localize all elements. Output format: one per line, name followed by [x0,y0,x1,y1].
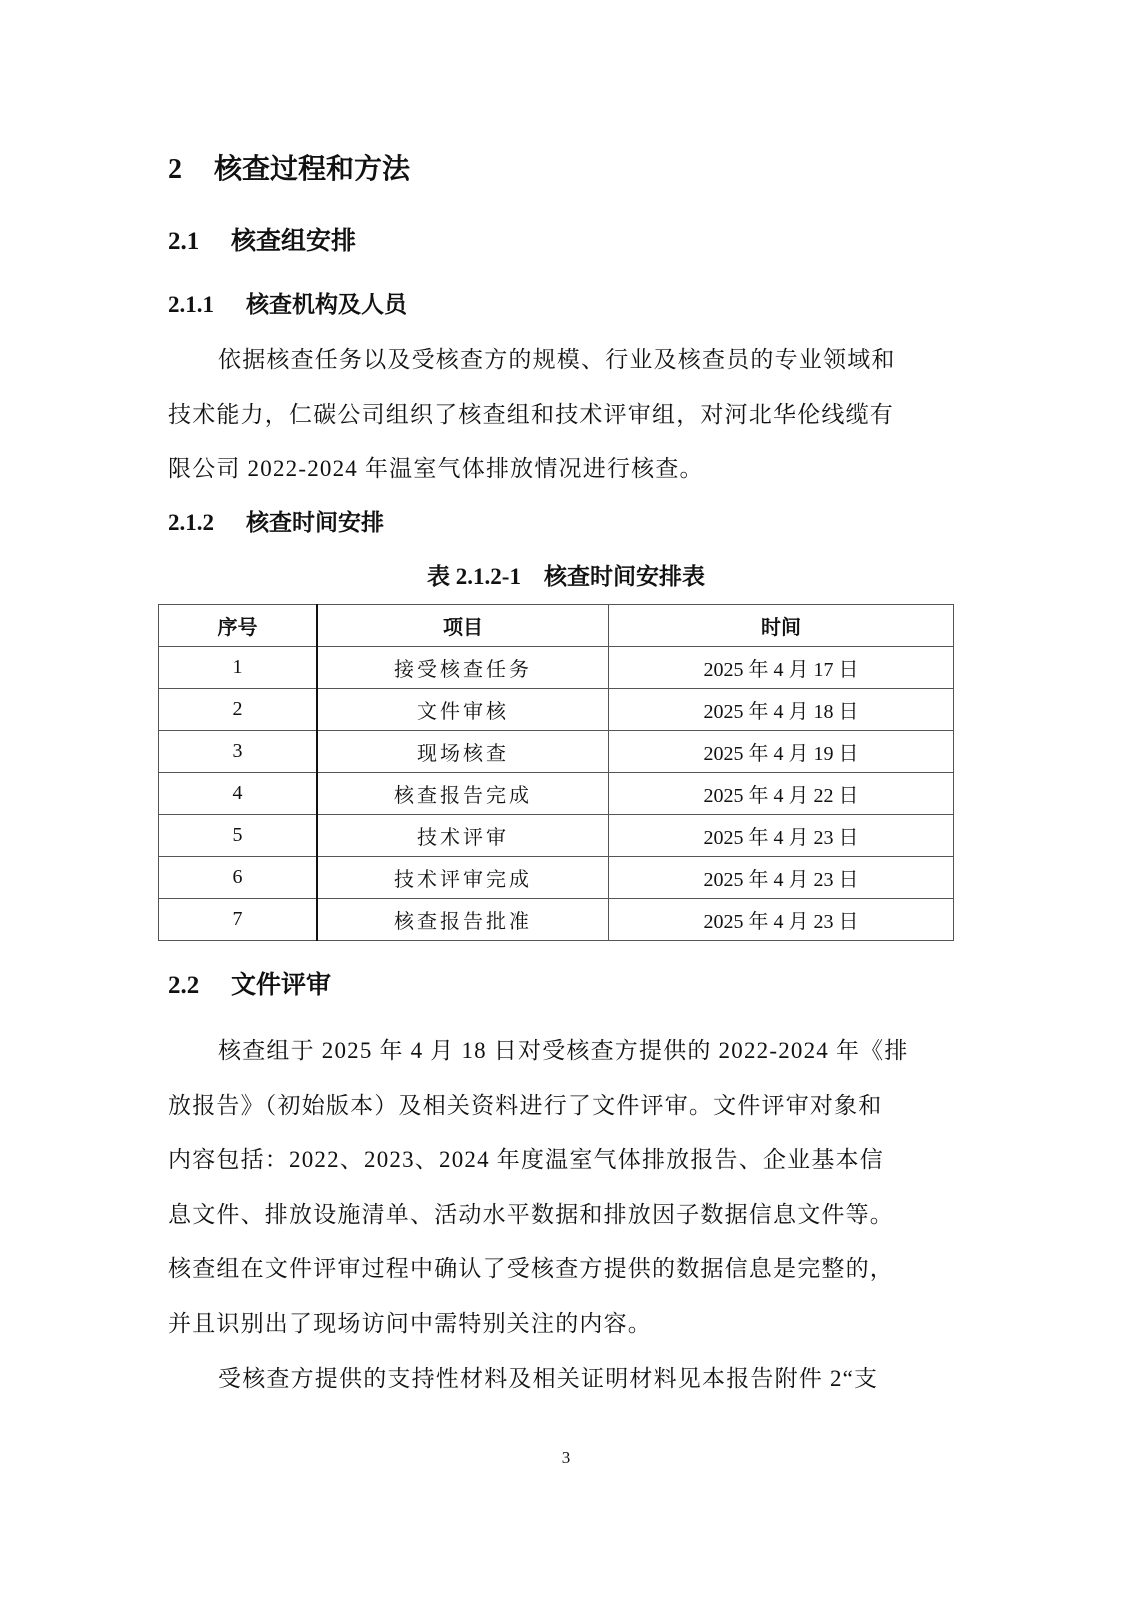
table-row: 7 核查报告批准 2025 年 4 月 23 日 [159,899,954,941]
section-title: 核查过程和方法 [214,154,410,185]
subsection-title: 核查组安排 [231,228,356,255]
paragraph-verification-team: 依据核查任务以及受核查方的规模、行业及核查员的专业领域和 技术能力，仁碳公司组织… [168,333,944,497]
cell-no: 6 [159,857,318,899]
table-row: 1 接受核查任务 2025 年 4 月 17 日 [159,647,954,689]
cell-item: 文件审核 [317,689,609,731]
subsection-number: 2.2 [168,968,231,1004]
subsection-title: 核查机构及人员 [246,292,407,317]
cell-no: 4 [159,773,318,815]
cell-item: 核查报告完成 [317,773,609,815]
paragraph-line: 核查组于 2025 年 4 月 18 日对受核查方提供的 2022-2024 年… [168,1024,944,1079]
table-row: 2 文件审核 2025 年 4 月 18 日 [159,689,954,731]
header-cell-item: 项目 [317,605,609,647]
cell-item: 技术评审 [317,815,609,857]
subsection-title: 核查时间安排 [246,510,384,535]
paragraph-line: 内容包括：2022、2023、2024 年度温室气体排放报告、企业基本信 [168,1133,944,1188]
cell-no: 7 [159,899,318,941]
section-number: 2 [168,150,214,190]
paragraph-line: 依据核查任务以及受核查方的规模、行业及核查员的专业领域和 [168,333,944,388]
cell-date: 2025 年 4 月 19 日 [609,731,954,773]
table-header-row: 序号 项目 时间 [159,605,954,647]
subsection-heading-2-1-2: 2.1.2核查时间安排 [168,506,384,540]
cell-date: 2025 年 4 月 23 日 [609,815,954,857]
subsection-number: 2.1.1 [168,288,246,322]
header-cell-date: 时间 [609,605,954,647]
cell-no: 1 [159,647,318,689]
section-heading: 2核查过程和方法 [168,150,410,190]
subsection-heading-2-2: 2.2文件评审 [168,968,331,1004]
paragraph-line: 放报告》（初始版本）及相关资料进行了文件评审。文件评审对象和 [168,1079,944,1134]
table-row: 6 技术评审完成 2025 年 4 月 23 日 [159,857,954,899]
cell-date: 2025 年 4 月 23 日 [609,857,954,899]
paragraph-supporting-materials: 受核查方提供的支持性材料及相关证明材料见本报告附件 2“支 [168,1352,944,1407]
subsection-heading-2-1: 2.1核查组安排 [168,224,356,260]
subsection-number: 2.1 [168,224,231,260]
cell-no: 5 [159,815,318,857]
cell-item: 接受核查任务 [317,647,609,689]
cell-no: 2 [159,689,318,731]
cell-date: 2025 年 4 月 17 日 [609,647,954,689]
cell-no: 3 [159,731,318,773]
header-cell-no: 序号 [159,605,318,647]
table-row: 3 现场核查 2025 年 4 月 19 日 [159,731,954,773]
subsection-title: 文件评审 [231,972,331,999]
paragraph-line: 受核查方提供的支持性材料及相关证明材料见本报告附件 2“支 [168,1352,944,1407]
subsection-heading-2-1-1: 2.1.1核查机构及人员 [168,288,407,322]
cell-item: 技术评审完成 [317,857,609,899]
cell-date: 2025 年 4 月 22 日 [609,773,954,815]
paragraph-line: 息文件、排放设施清单、活动水平数据和排放因子数据信息文件等。 [168,1188,944,1243]
paragraph-line: 并且识别出了现场访问中需特别关注的内容。 [168,1297,944,1352]
table-caption: 表 2.1.2-1 核查时间安排表 [0,560,1132,594]
table-row: 4 核查报告完成 2025 年 4 月 22 日 [159,773,954,815]
paragraph-line: 核查组在文件评审过程中确认了受核查方提供的数据信息是完整的， [168,1242,944,1297]
table-row: 5 技术评审 2025 年 4 月 23 日 [159,815,954,857]
paragraph-line: 技术能力，仁碳公司组织了核查组和技术评审组，对河北华伦线缆有 [168,388,944,443]
cell-date: 2025 年 4 月 18 日 [609,689,954,731]
cell-item: 核查报告批准 [317,899,609,941]
cell-item: 现场核查 [317,731,609,773]
subsection-number: 2.1.2 [168,506,246,540]
cell-date: 2025 年 4 月 23 日 [609,899,954,941]
paragraph-document-review: 核查组于 2025 年 4 月 18 日对受核查方提供的 2022-2024 年… [168,1024,944,1351]
schedule-table: 序号 项目 时间 1 接受核查任务 2025 年 4 月 17 日 2 文件审核… [158,604,954,941]
page-number: 3 [0,1447,1132,1469]
paragraph-line: 限公司 2022-2024 年温室气体排放情况进行核查。 [168,442,944,497]
